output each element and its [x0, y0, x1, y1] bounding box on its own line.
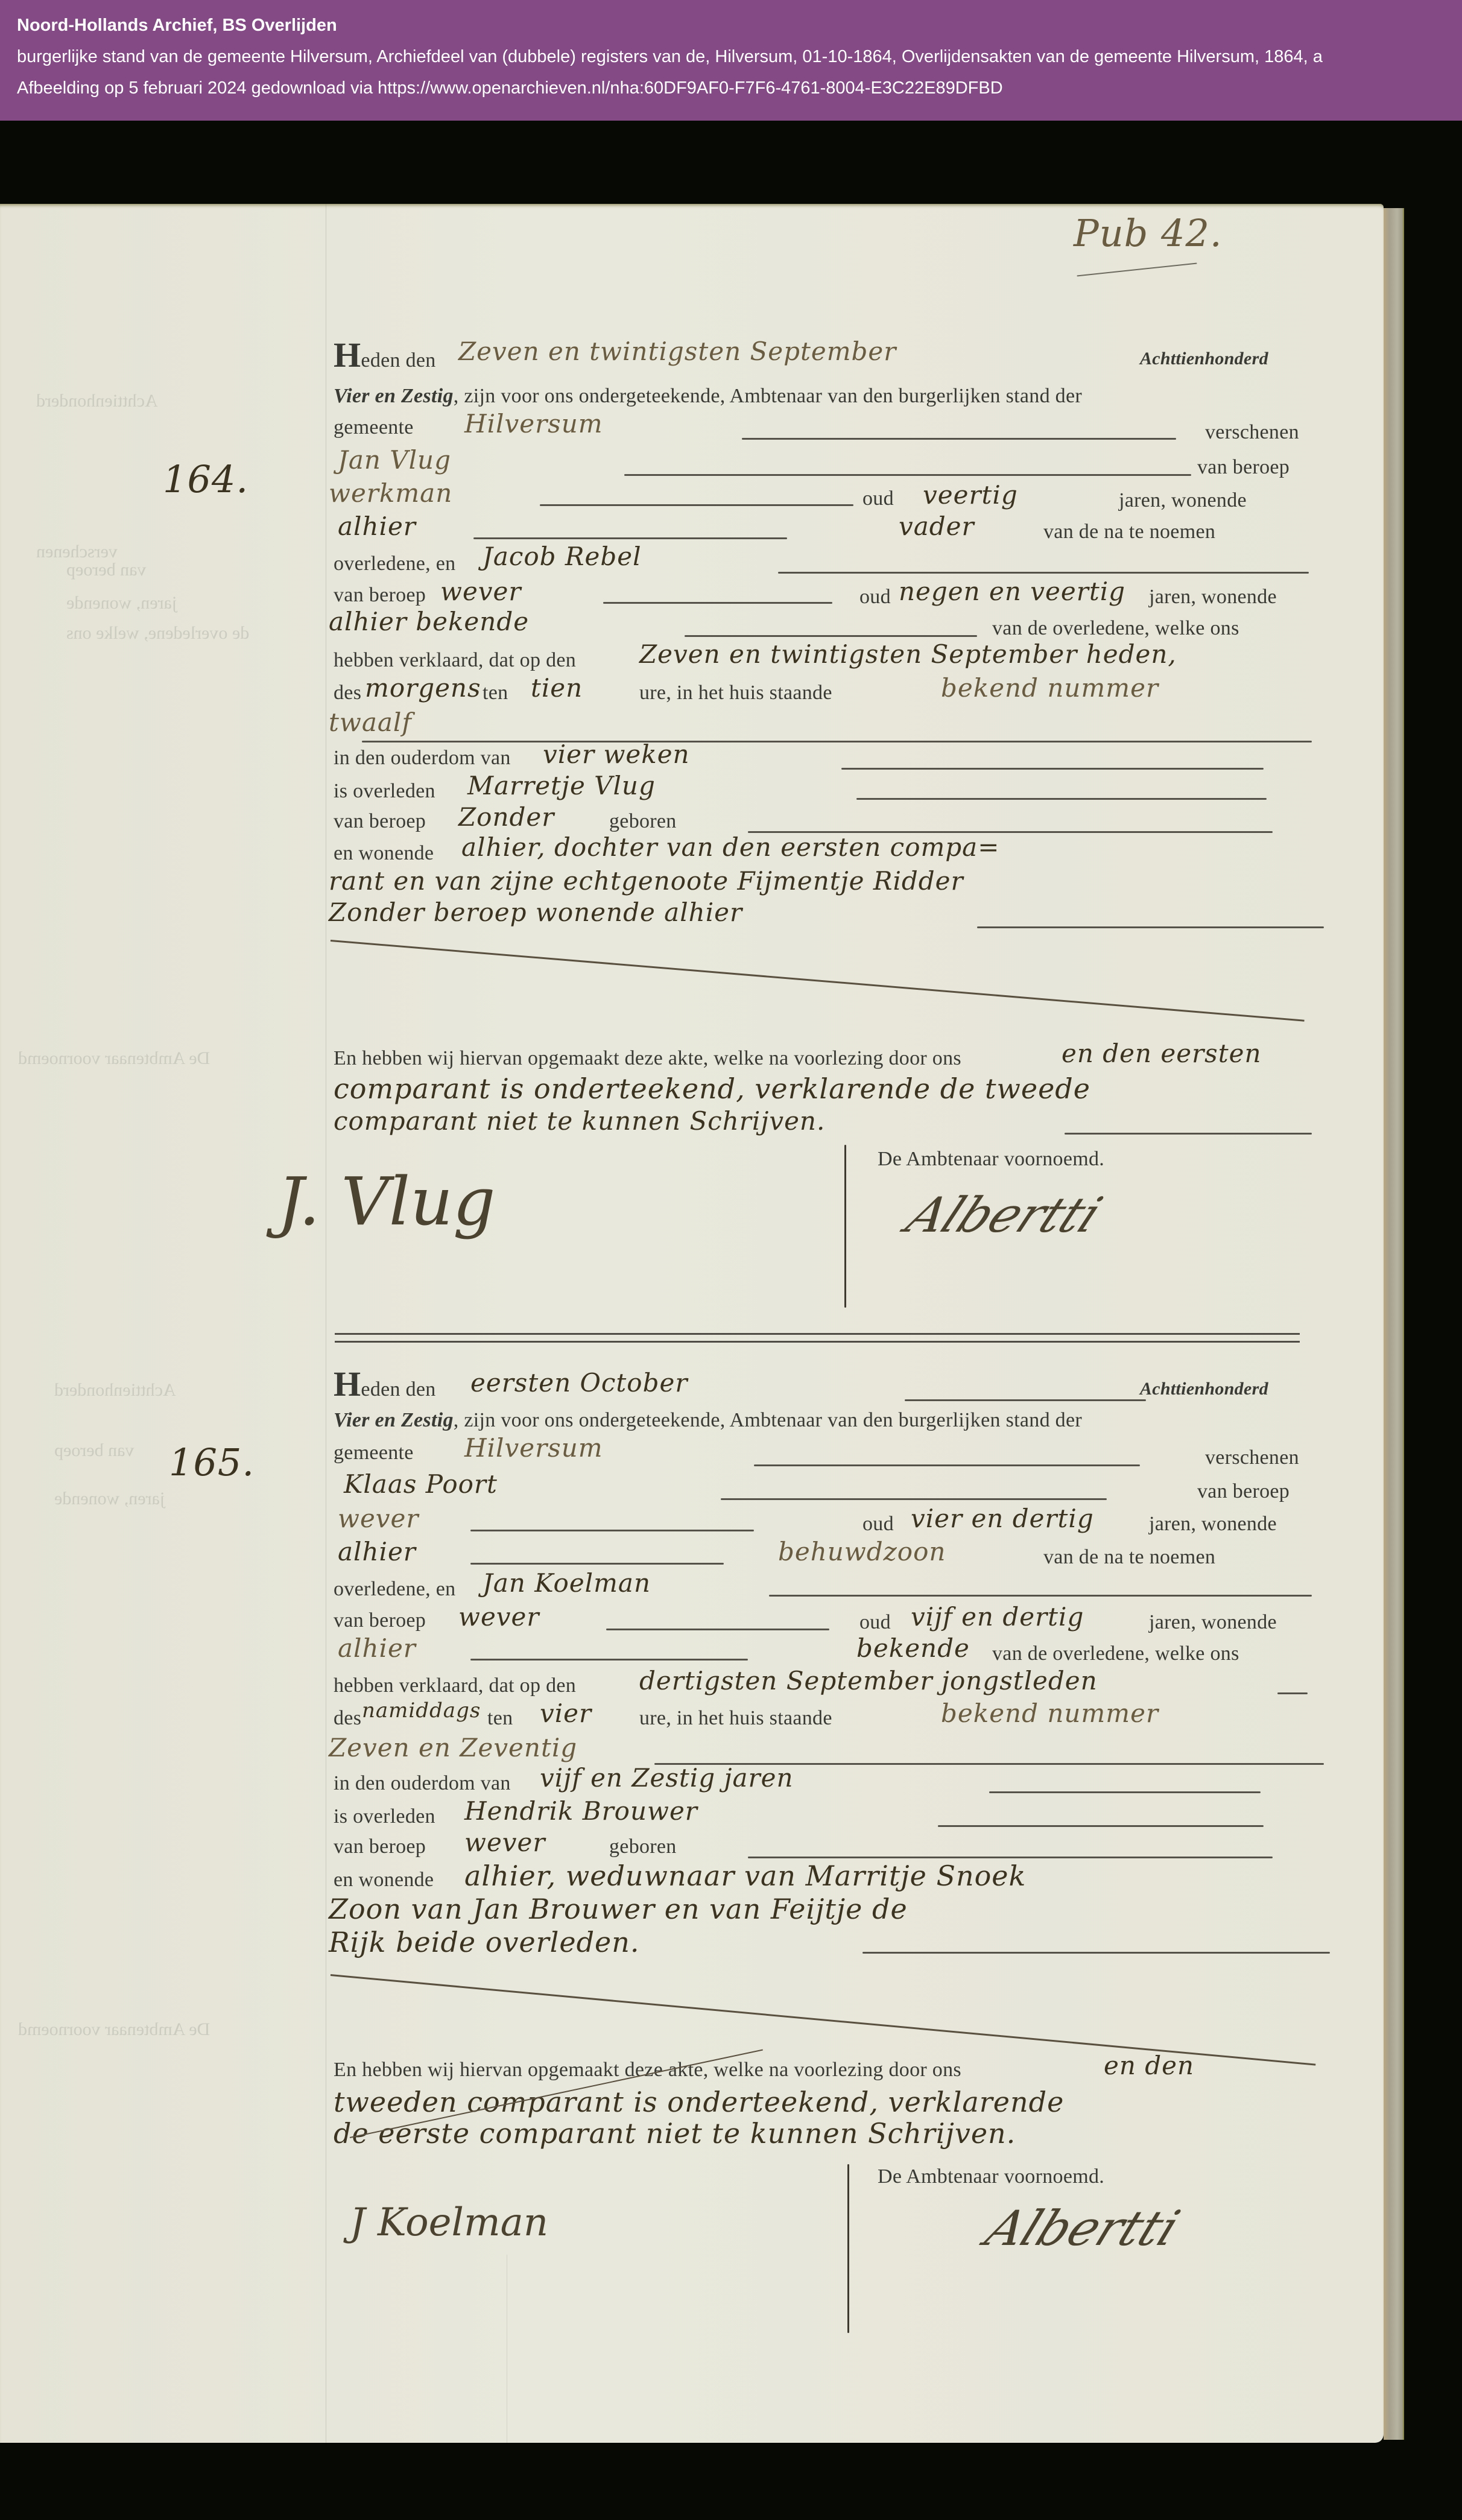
signature-divider — [847, 2164, 849, 2333]
fill-line — [769, 1595, 1312, 1597]
overledene-en-label: overledene, en — [334, 552, 455, 575]
deceased-name: Hendrik Brouwer — [464, 1796, 698, 1826]
bleed-through-text: verschenen — [36, 542, 118, 562]
fill-line — [603, 602, 832, 604]
comparant1-residence: alhier — [338, 511, 416, 541]
bleed-through-text: van beroep — [66, 560, 146, 580]
fill-line — [473, 537, 787, 539]
ure-label: ure, in het huis staande — [639, 682, 832, 704]
van-beroep-label: van beroep — [1197, 456, 1290, 479]
page-edge — [1384, 208, 1404, 2440]
comparant2-name: Jan Koelman — [483, 1568, 651, 1598]
fill-line — [742, 438, 1176, 440]
act-date: eersten October — [470, 1368, 688, 1398]
des-label: des — [334, 682, 361, 704]
fill-line — [754, 1464, 1140, 1466]
comparant1-relation: behuwdzoon — [778, 1537, 946, 1566]
comparant-signature: J. Vlug — [277, 1163, 495, 1240]
comparant1-age: veertig — [923, 480, 1018, 510]
gemeente-label: gemeente — [334, 416, 414, 439]
fill-line — [938, 1825, 1264, 1827]
bleed-through-text: Achttienhonderd — [54, 1380, 176, 1401]
van-beroep-label: van beroep — [1197, 1480, 1290, 1503]
signature-divider — [844, 1145, 846, 1308]
house: bekend nummer — [941, 1698, 1159, 1728]
oud-label: oud — [859, 586, 891, 609]
geboren-label: geboren — [609, 810, 677, 833]
comparant2-relation: bekende — [856, 1633, 970, 1663]
oud-label: oud — [862, 1513, 894, 1536]
comparant1-relation: vader — [899, 511, 975, 541]
time-of-day: morgens — [365, 673, 481, 703]
oud-label: oud — [859, 1611, 891, 1634]
heden-den-label: Heden den — [334, 1367, 436, 1402]
bleed-through-text: jaren, wonende — [54, 1489, 165, 1509]
residence-details: Rijk beide overleden. — [329, 1926, 640, 1958]
des-label: des — [334, 1707, 361, 1730]
fill-line — [841, 768, 1264, 770]
bleed-through-text: jaren, wonende — [66, 593, 177, 613]
geboren-label: geboren — [609, 1835, 677, 1858]
is-overleden-label: is overleden — [334, 780, 435, 803]
folio-underline — [1077, 263, 1197, 277]
residence-details: Zoon van Jan Brouwer en van Feijtje de — [329, 1893, 908, 1925]
ambtenaar-label: De Ambtenaar voornoemd. — [878, 1148, 1104, 1171]
residence-details: rant en van zijne echtgenoote Fijmentje … — [329, 866, 964, 896]
bleed-through-text: van beroep — [54, 1440, 134, 1461]
verschenen-label: verschenen — [1205, 421, 1299, 444]
archive-banner: Noord-Hollands Archief, BS Overlijden bu… — [0, 0, 1462, 121]
age-deceased: vijf en Zestig jaren — [540, 1763, 794, 1793]
bleed-through-text: De Ambtenaar voornoemd — [18, 2019, 210, 2040]
en-wonende-label: en wonende — [334, 1869, 434, 1892]
gemeente-value: Hilversum — [464, 1433, 603, 1463]
van-beroep-label: van beroep — [334, 1609, 426, 1632]
closing-handwritten: de eerste comparant niet te kunnen Schri… — [334, 2117, 1016, 2150]
closing-text: En hebben wij hiervan opgemaakt deze akt… — [334, 2059, 961, 2082]
ambtenaar-label: De Ambtenaar voornoemd. — [878, 2165, 1104, 2188]
closing-handwritten: en den — [1104, 2051, 1194, 2080]
comparant2-residence: alhier bekende — [329, 607, 529, 636]
margin-rule — [326, 204, 326, 2443]
bleed-through-text: De Ambtenaar voornoemd — [18, 1048, 210, 1069]
fill-line — [470, 1563, 724, 1565]
comparant2-age: negen en veertig — [899, 577, 1125, 606]
strike-line — [331, 940, 1305, 1022]
official-line: Vier en Zestig, zijn voor ons ondergetee… — [334, 385, 1082, 408]
comparant1-occupation: werkman — [329, 478, 452, 508]
comparant1-name: Klaas Poort — [344, 1469, 498, 1499]
ouderdom-label: in den ouderdom van — [334, 747, 511, 770]
closing-handwritten: tweeden comparant is onderteekend, verkl… — [334, 2086, 1064, 2118]
fill-line — [977, 926, 1324, 928]
fill-line — [470, 1530, 754, 1531]
hour: tien — [531, 673, 583, 703]
ambtenaar-signature: Albertti — [897, 1187, 1110, 1243]
residence-details: alhier, weduwnaar van Marritje Snoek — [464, 1860, 1026, 1892]
van-beroep-label: van beroep — [334, 1835, 426, 1858]
comparant1-residence: alhier — [338, 1537, 416, 1566]
house-number: Zeven en Zeventig — [329, 1733, 577, 1762]
van-de-overledene-label: van de overledene, welke ons — [992, 617, 1239, 640]
year-label: Achttienhonderd — [1140, 349, 1268, 369]
ten-label: ten — [483, 682, 508, 704]
fill-line — [856, 798, 1267, 800]
jaren-wonende-label: jaren, wonende — [1149, 1513, 1277, 1536]
jaren-wonende-label: jaren, wonende — [1149, 1611, 1277, 1634]
residence-details: Zonder beroep wonende alhier — [329, 898, 742, 927]
en-wonende-label: en wonende — [334, 842, 434, 865]
folio-annotation: Pub 42. — [1074, 211, 1223, 255]
jaren-wonende-label: jaren, wonende — [1149, 586, 1277, 609]
death-date: Zeven en twintigsten September heden, — [639, 639, 1177, 669]
na-te-noemen-label: van de na te noemen — [1043, 1546, 1215, 1569]
overledene-en-label: overledene, en — [334, 1578, 455, 1601]
fill-line — [778, 572, 1309, 574]
fill-line — [470, 1659, 748, 1660]
register-page: Achttienhonderd verschenen van beroep ja… — [0, 204, 1384, 2443]
closing-handwritten: en den eersten — [1062, 1039, 1262, 1068]
act-number: 164. — [163, 457, 248, 501]
comparant2-residence: alhier — [338, 1633, 416, 1663]
house: bekend nummer — [941, 673, 1159, 703]
time-of-day: namiddags — [362, 1698, 481, 1723]
act-date: Zeven en twintigsten September — [458, 337, 896, 366]
archive-description: burgerlijke stand van de gemeente Hilver… — [17, 45, 1462, 69]
fill-line — [989, 1791, 1261, 1793]
comparant2-age: vijf en dertig — [911, 1602, 1084, 1632]
comparant1-age: vier en dertig — [911, 1504, 1094, 1533]
bleed-through-text: Achttienhonderd — [36, 391, 158, 411]
gemeente-value: Hilversum — [464, 409, 603, 438]
van-beroep-label: van beroep — [334, 810, 426, 833]
comparant2-occupation: wever — [458, 1602, 539, 1632]
death-date: dertigsten September jongstleden — [639, 1666, 1098, 1695]
verschenen-label: verschenen — [1205, 1446, 1299, 1469]
na-te-noemen-label: van de na te noemen — [1043, 521, 1215, 543]
hour: vier — [540, 1698, 592, 1728]
fill-line — [748, 1857, 1273, 1858]
fill-line — [606, 1629, 829, 1630]
comparant1-name: Jan Vlug — [338, 445, 451, 475]
fill-line — [905, 1399, 1146, 1401]
fill-line — [624, 474, 1191, 476]
house-number: twaalf — [329, 708, 412, 737]
fill-line — [1277, 1692, 1308, 1694]
comparant2-occupation: wever — [440, 577, 521, 606]
fill-line — [685, 635, 977, 637]
closing-handwritten: comparant niet te kunnen Schrijven. — [334, 1106, 825, 1136]
comparant1-occupation: wever — [338, 1504, 419, 1533]
fill-line — [721, 1498, 1107, 1500]
van-beroep-label: van beroep — [334, 584, 426, 607]
ambtenaar-signature: Albertti — [978, 2200, 1188, 2256]
ure-label: ure, in het huis staande — [639, 1707, 832, 1730]
gemeente-label: gemeente — [334, 1442, 414, 1464]
bleed-through-text: de overledene, welke ons — [66, 623, 249, 644]
heden-den-label: Heden den — [334, 338, 436, 373]
is-overleden-label: is overleden — [334, 1805, 435, 1828]
fill-line — [862, 1952, 1330, 1954]
act-separator — [335, 1341, 1300, 1343]
download-note: Afbeelding op 5 februari 2024 gedownload… — [17, 76, 1462, 100]
fill-line — [540, 504, 853, 506]
comparant-signature: J Koelman — [350, 2200, 548, 2245]
ten-label: ten — [487, 1707, 513, 1730]
year-label: Achttienhonderd — [1140, 1379, 1268, 1399]
archive-title: Noord-Hollands Archief, BS Overlijden — [17, 13, 1462, 37]
closing-text: En hebben wij hiervan opgemaakt deze akt… — [334, 1047, 961, 1070]
act-separator — [335, 1333, 1300, 1335]
hebben-verklaard-label: hebben verklaard, dat op den — [334, 649, 576, 672]
residence-details: alhier, dochter van den eersten compa= — [461, 832, 999, 862]
age-deceased: vier weken — [543, 739, 690, 769]
fill-line — [362, 741, 1312, 742]
closing-handwritten: comparant is onderteekend, verklarende d… — [334, 1072, 1090, 1105]
ouderdom-label: in den ouderdom van — [334, 1772, 511, 1795]
oud-label: oud — [862, 487, 894, 510]
deceased-occupation: wever — [464, 1828, 545, 1857]
official-line: Vier en Zestig, zijn voor ons ondergetee… — [334, 1409, 1082, 1432]
hebben-verklaard-label: hebben verklaard, dat op den — [334, 1674, 576, 1697]
deceased-occupation: Zonder — [458, 802, 554, 832]
margin-rule-lower — [507, 2255, 507, 2443]
act-number: 165. — [169, 1440, 255, 1484]
van-de-overledene-label: van de overledene, welke ons — [992, 1642, 1239, 1665]
deceased-name: Marretje Vlug — [467, 771, 656, 800]
comparant2-name: Jacob Rebel — [483, 542, 642, 571]
jaren-wonende-label: jaren, wonende — [1119, 489, 1247, 512]
fill-line — [1065, 1133, 1312, 1135]
